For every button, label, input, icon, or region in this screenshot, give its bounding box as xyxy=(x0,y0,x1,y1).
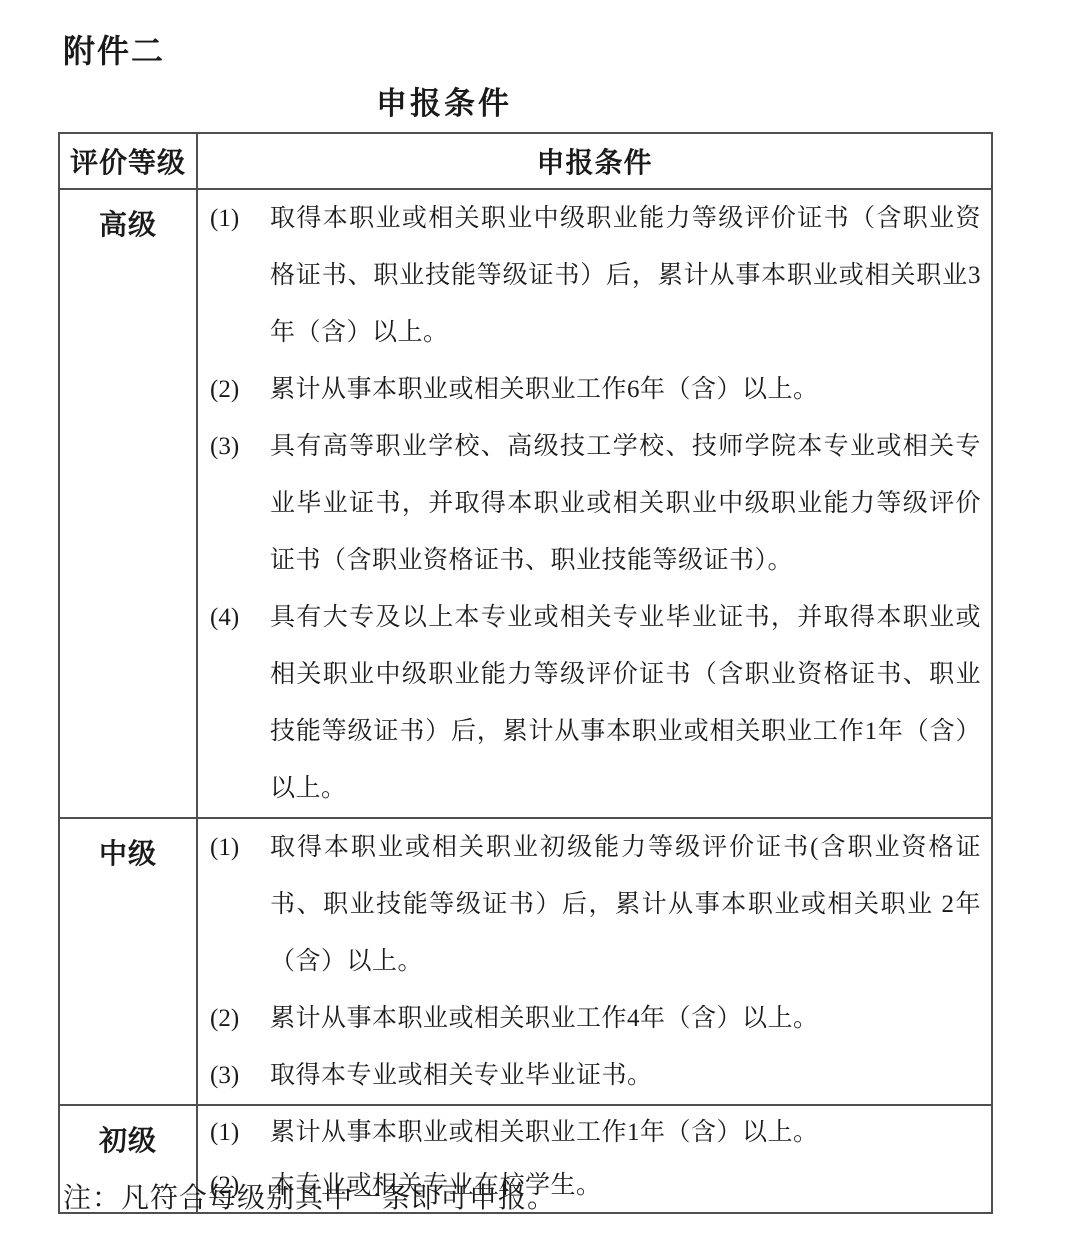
item-number: (1) xyxy=(198,819,270,876)
header-application-conditions: 申报条件 xyxy=(197,133,992,189)
item-text: 具有大专及以上本专业或相关专业毕业证书，并取得本职业或相关职业中级职业能力等级评… xyxy=(270,589,981,817)
item-text: 具有高等职业学校、高级技工学校、技师学院本专业或相关专业毕业证书，并取得本职业或… xyxy=(270,418,981,589)
footnote: 注：凡符合每级别其中一条即可申报。 xyxy=(63,1176,556,1216)
condition-item: (4) 具有大专及以上本专业或相关专业毕业证书，并取得本职业或相关职业中级职业能… xyxy=(198,589,981,817)
item-number: (1) xyxy=(198,1106,270,1159)
table-row-intermediate: 中级 (1) 取得本职业或相关职业初级能力等级评价证书(含职业资格证书、职业技能… xyxy=(59,818,992,1105)
header-evaluation-level: 评价等级 xyxy=(59,133,197,189)
item-number: (3) xyxy=(198,1047,270,1104)
item-number: (1) xyxy=(198,190,270,247)
condition-item: (3) 取得本专业或相关专业毕业证书。 xyxy=(198,1047,981,1104)
document-page: 附件二 申报条件 评价等级 申报条件 高级 (1) 取得本职业或相关职业中级职业… xyxy=(0,0,1080,1238)
document-title: 申报条件 xyxy=(376,78,512,123)
condition-item: (1) 取得本职业或相关职业中级职业能力等级评价证书（含职业资格证书、职业技能等… xyxy=(198,190,981,361)
item-number: (2) xyxy=(198,361,270,418)
title-wrap: 申报条件 xyxy=(0,78,888,123)
condition-item: (1) 取得本职业或相关职业初级能力等级评价证书(含职业资格证书、职业技能等级证… xyxy=(198,819,981,990)
item-text: 累计从事本职业或相关职业工作4年（含）以上。 xyxy=(270,990,981,1047)
item-text: 累计从事本职业或相关职业工作1年（含）以上。 xyxy=(270,1106,981,1159)
conditions-cell-intermediate: (1) 取得本职业或相关职业初级能力等级评价证书(含职业资格证书、职业技能等级证… xyxy=(197,818,992,1105)
condition-item: (3) 具有高等职业学校、高级技工学校、技师学院本专业或相关专业毕业证书，并取得… xyxy=(198,418,981,589)
level-label-senior: 高级 xyxy=(59,189,197,818)
condition-item: (2) 累计从事本职业或相关职业工作6年（含）以上。 xyxy=(198,361,981,418)
item-text: 累计从事本职业或相关职业工作6年（含）以上。 xyxy=(270,361,981,418)
level-label-intermediate: 中级 xyxy=(59,818,197,1105)
attachment-label: 附件二 xyxy=(63,26,165,72)
item-text: 取得本职业或相关职业初级能力等级评价证书(含职业资格证书、职业技能等级证书）后，… xyxy=(270,819,981,990)
item-text: 取得本职业或相关职业中级职业能力等级评价证书（含职业资格证书、职业技能等级证书）… xyxy=(270,190,981,361)
table-header-row: 评价等级 申报条件 xyxy=(59,133,992,189)
condition-item: (2) 累计从事本职业或相关职业工作4年（含）以上。 xyxy=(198,990,981,1047)
conditions-table: 评价等级 申报条件 高级 (1) 取得本职业或相关职业中级职业能力等级评价证书（… xyxy=(58,132,993,1214)
table-row-senior: 高级 (1) 取得本职业或相关职业中级职业能力等级评价证书（含职业资格证书、职业… xyxy=(59,189,992,818)
item-number: (2) xyxy=(198,990,270,1047)
item-number: (3) xyxy=(198,418,270,475)
conditions-cell-senior: (1) 取得本职业或相关职业中级职业能力等级评价证书（含职业资格证书、职业技能等… xyxy=(197,189,992,818)
item-text: 取得本专业或相关专业毕业证书。 xyxy=(270,1047,981,1104)
condition-item: (1) 累计从事本职业或相关职业工作1年（含）以上。 xyxy=(198,1106,981,1159)
item-number: (4) xyxy=(198,589,270,646)
